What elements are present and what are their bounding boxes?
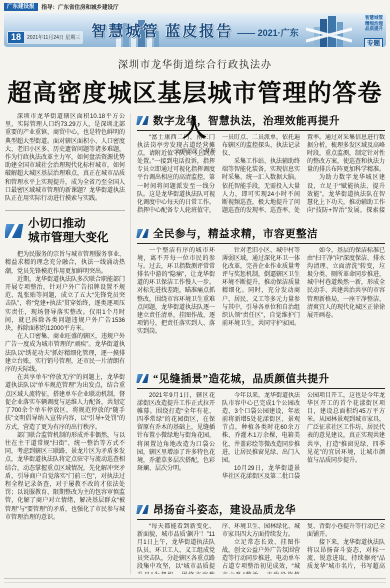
section-heading: 全民参与，精益求精，市容更整洁 [137,226,385,244]
newspaper-page: 广东建设报 指导：广东省住房和城乡建设厅 智慧城管 蓝皮报告—— 2021·广东 [0,0,390,588]
subhead-line1: 小切口推动 [28,218,86,230]
special-topic-badge: 专题 [364,38,383,48]
bottom-rule [4,582,386,583]
page-number: 18 [8,32,24,43]
section-title: 昂扬奋斗姿态，建设品质龙华 [153,502,296,517]
guide-line: 指导：广东省住房和城乡建设厅 [42,3,119,11]
masthead-top-strip: 广东建设报 指导：广东省住房和城乡建设厅 [4,2,386,12]
section-title: 全民参与，精益求精，市容更整洁 [153,226,318,241]
body-paragraph: 2021年9月1日，辖区花漾街区改造提升工作正式拉开帷幕。围绕打造“全年有花、四… [137,392,215,473]
section-heading: 昂扬奋斗姿态，建设品质龙华 [137,502,385,520]
left-subheading: 小切口推动 城市管理大变化 [5,210,125,245]
kicker: 深圳市龙华街道综合行政执法办 [0,56,390,71]
section-flower-city: “见缝插景”造花城，品质颜值共提升 2021年9月1日，辖区花漾街区改造提升工作… [137,371,385,496]
banner-subtitle: —— 2021·广东 [237,28,299,38]
section-heading: “见缝插景”造花城，品质颜值共提升 [137,371,385,389]
flag-badge-icon [136,505,148,514]
body-paragraph: 今年以来，龙华街道执法队市容中心已完成1个公园改造、3个口袋公园建设，年底前将新… [222,392,300,465]
body-paragraph: 一个整洁有序的城市环境，离不开每一位市民的参与。过去，环卫指数测评常常排名中游的… [137,247,215,336]
section-title: “见缝插景”造花城，品质颜值共提升 [153,371,330,386]
flag-badge-icon [136,374,148,383]
article-body: 深圳市龙华街道辖区面积10.18平方公里，实际管理人口约73.29万人，是深圳北… [5,113,385,574]
flag-badge-icon [5,224,23,238]
section-public-participation: 全民参与，精益求精，市容更整洁 一个整洁有序的城市环境，离不开每一位市民的参与。… [137,226,385,365]
left-column: 深圳市龙华街道辖区面积10.18平方公里，实际管理人口约73.29万人，是深圳北… [5,113,131,574]
section-body: 一个整洁有序的城市环境，离不开每一位市民的参与。过去，环卫指数测评常常排名中游的… [137,247,385,365]
bottom-rule [4,578,386,579]
corner-tagline: 智慧城管 [364,15,383,21]
section-heading: 数字龙华，智慧执法，治理效能再提升 [137,113,385,131]
body-paragraph: 如今，基层的保洁标准已由“扫干净”向“深度保洁、排水沟清理、立面清洗”转变，垃圾… [307,247,385,320]
issue-date: 2021年11月24日 星期三 [27,34,80,41]
section-digital-longhua: 数字龙华，智慧执法，治理效能再提升 “富士康西二门、南二门执法岗亭旁发现占道经营… [137,113,385,220]
masthead: 广东建设报 指导：广东省住房和城乡建设厅 智慧城管 蓝皮报告—— 2021·广东 [4,2,386,47]
body-paragraph: 把为民服务的宗旨与城市管理服务事业、精益求精的理念充分融合，执法一线涌动热潮，党… [5,251,125,276]
intro-paragraph: 深圳市龙华街道辖区面积10.18平方公里，实际管理人口约73.29万人，是深圳北… [5,113,125,203]
left-subheading-text: 小切口推动 城市管理大变化 [28,217,109,245]
body-paragraph: 针对老旧小区、城中村等薄弱区域，通过深化环卫一体化改革，完善企业作业质量考评与奖… [222,247,300,328]
section-body: 2021年9月1日，辖区花漾街区改造提升工作正式拉开帷幕。围绕打造“全年有花、四… [137,392,385,496]
subhead-line2: 城市管理大变化 [28,232,109,244]
corner-tagline-list: 智慧城管 精细治理 品质提升 [364,15,383,32]
flag-badge-icon [136,229,148,238]
section-body: “每天都能看到新变化、新面貌，城市品质‘飙升’！”11月1日上午，龙华街道执法队… [137,523,385,574]
section-title: 数字龙华，智慧执法，治理效能再提升 [153,113,340,128]
body-paragraph: 在共享单车“停放无序”的问题上，龙华街道执法队以“单车规范管理”为出发点，结合重… [5,374,125,431]
body-paragraph: 部门联合监管机制的形成并非偶然，与以往在主干道常规“扫街”、统一整治等方式不同，… [5,432,125,522]
newspaper-brand: 广东建设报 [4,3,38,11]
section-body: “富士康西二门、南二门执法岗亭旁发现占道经营摊点，请附近值守队员马上到点处置。”… [137,134,385,220]
banner: 智慧城管 蓝皮报告—— 2021·广东 18 2021年11月24日 星期三 智… [4,13,386,47]
section-quality-longhua: 昂扬奋斗姿态，建设品质龙华 “每天都能看到新变化、新面貌，城市品质‘飙升’！”1… [137,502,385,574]
body-paragraph: 近期，龙华街道执法队多次联合职能部门开展专项整治，针对户外广告招牌设置不规范、乱… [5,276,125,333]
body-paragraph: 在人口密集、商业旺盛的辖区，违规户外广告一度成为城市管理的“顽疾”。龙华街道执法… [5,333,125,374]
banner-title: 智慧城管 蓝皮报告 [91,24,233,40]
corner-tagline: 品质提升 [364,26,383,32]
page-number-row: 18 2021年11月24日 星期三 [7,31,83,44]
flag-badge-icon [136,116,148,125]
banner-corner: 智慧城管 精细治理 品质提升 专题 [364,15,383,47]
right-column: 数字龙华，智慧执法，治理效能再提升 “富士康西二门、南二门执法岗亭旁发现占道经营… [131,113,385,574]
